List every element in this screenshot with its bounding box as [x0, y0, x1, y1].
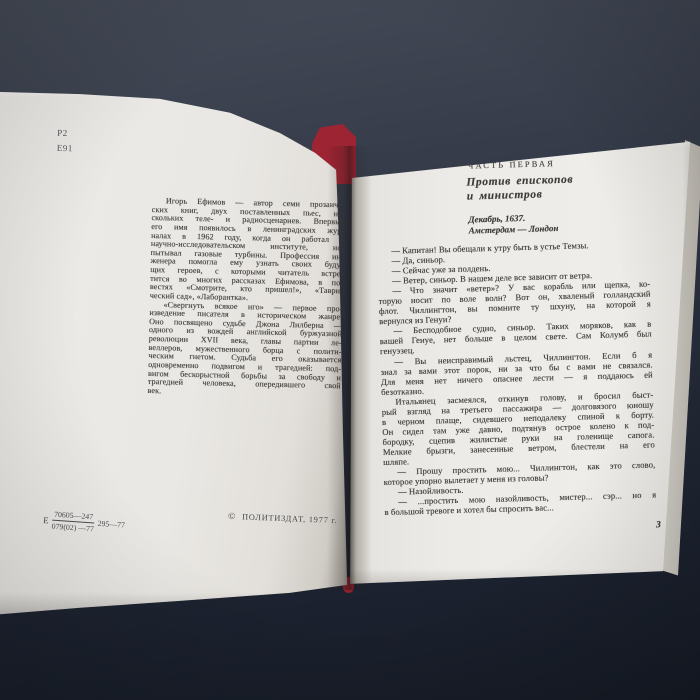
text-line: Амстердам — Лондон — [469, 223, 559, 236]
text-line: и министров — [467, 187, 574, 203]
right-page-content: ЧАСТЬ ПЕРВАЯ Против епископови министров… — [359, 142, 673, 570]
photo-of-open-book: Р2Е91 Игорь Ефимов — автор семи прозаиче… — [0, 0, 700, 700]
author-annotation: Игорь Ефимов — автор семи прозаиче-ских … — [147, 197, 344, 400]
text-line: Е91 — [57, 140, 73, 155]
annotation-paragraph: Игорь Ефимов — автор семи прозаиче-ских … — [150, 197, 345, 305]
catalog-fraction: 70605—247 079(02) —77 — [51, 510, 95, 534]
library-classification-codes: Р2Е91 — [57, 126, 74, 155]
part-heading: ЧАСТЬ ПЕРВАЯ — [468, 159, 555, 170]
body-text: — Капитан! Вы обещали к утру быть в усть… — [377, 239, 656, 518]
text-line: Р2 — [57, 126, 73, 141]
catalog-suffix: 295—77 — [97, 519, 125, 530]
copyright-icon: © — [228, 512, 236, 522]
paragraph: Итальянец засмеялся, откинув голову, и б… — [381, 389, 655, 467]
page-number: 3 — [656, 520, 661, 530]
chapter-dateline: Декабрь, 1637.Амстердам — Лондон — [468, 212, 558, 236]
chapter-title: Против епископови министров — [466, 174, 574, 204]
annotation-paragraph: «Свергнуть всякое иго» — первое про-изве… — [147, 300, 342, 399]
catalog-prefix: Е — [43, 514, 49, 524]
